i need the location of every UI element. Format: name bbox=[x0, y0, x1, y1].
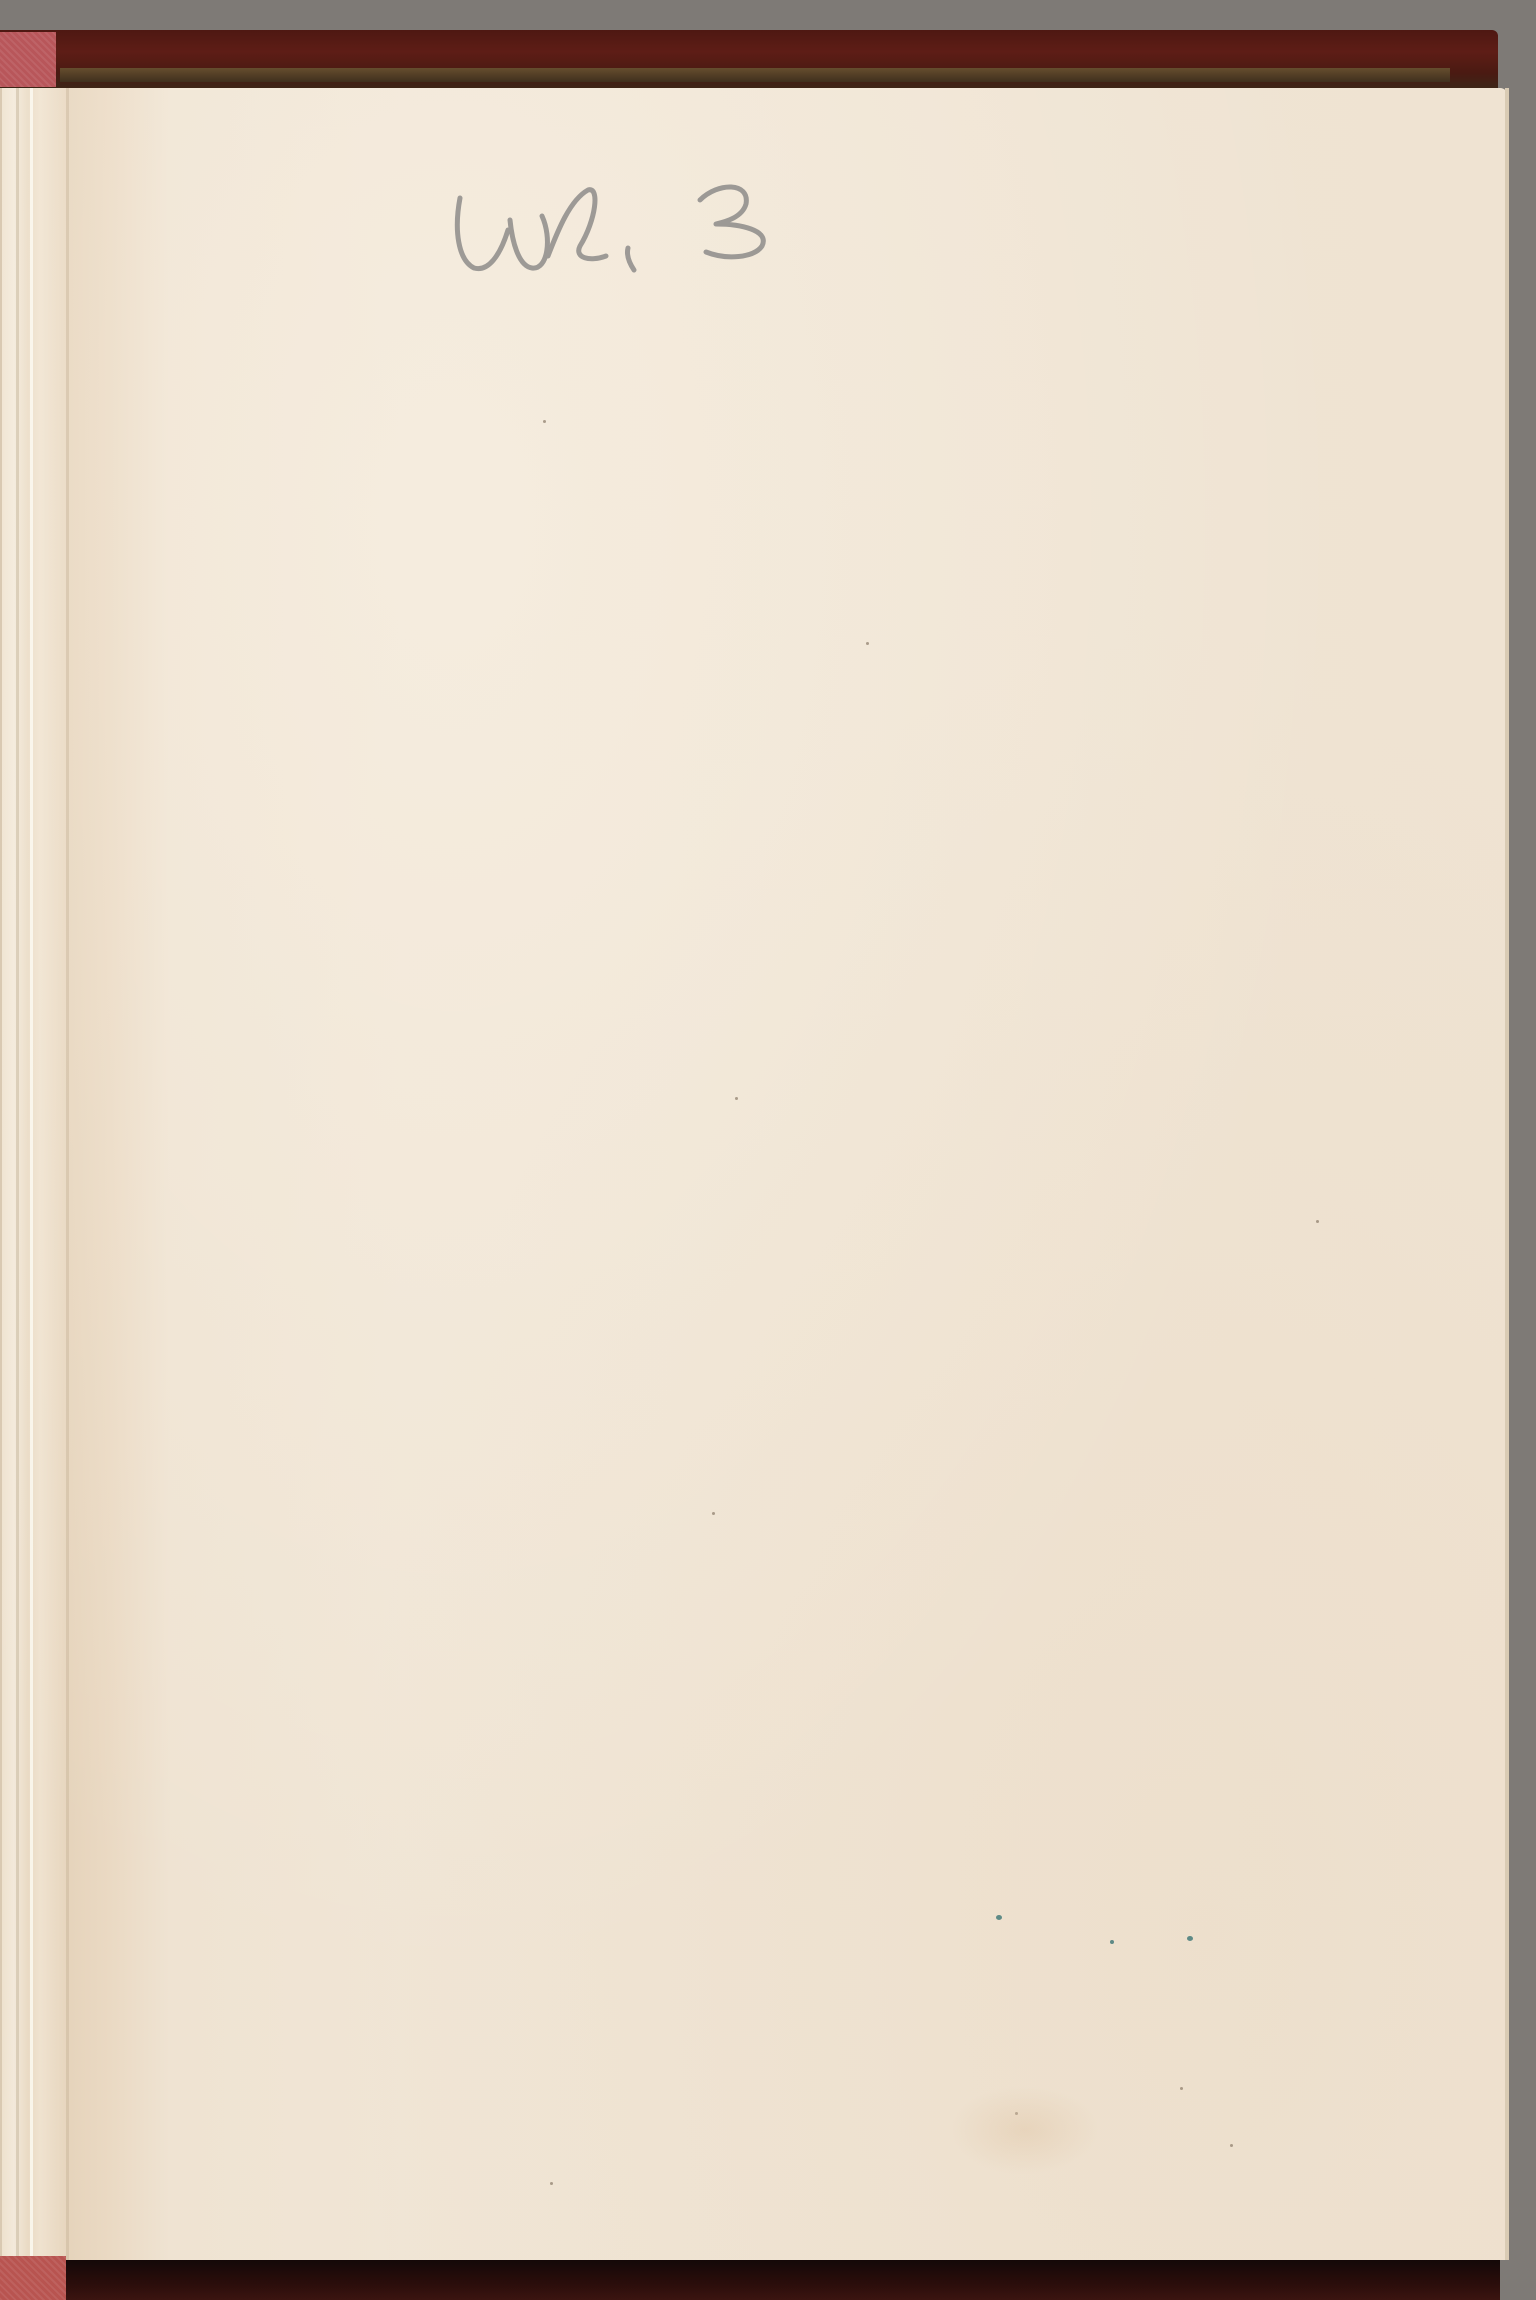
ink-dot bbox=[1110, 1940, 1114, 1944]
paper-speck bbox=[1316, 1220, 1319, 1223]
paper-speck bbox=[550, 2182, 553, 2185]
scanned-page: Vol. 3 bbox=[0, 0, 1536, 2300]
ink-dot bbox=[1187, 1936, 1193, 1941]
spine-hinge-crease bbox=[66, 88, 69, 2260]
paper-speck bbox=[866, 642, 869, 645]
spine-cloth-bottom bbox=[0, 2256, 66, 2300]
book-cover-bottom-edge bbox=[0, 2258, 1500, 2300]
ink-dot bbox=[996, 1915, 1002, 1920]
paper-speck bbox=[1230, 2144, 1233, 2147]
cover-headband bbox=[60, 68, 1450, 82]
book-cover-top-edge bbox=[0, 30, 1498, 92]
page-fore-edge bbox=[1505, 88, 1509, 2260]
spine-hinge-highlight bbox=[30, 88, 33, 2260]
paper-stain bbox=[950, 2085, 1100, 2175]
handwritten-volume-note: Vol. 3 bbox=[440, 160, 800, 290]
paper-speck bbox=[1180, 2087, 1183, 2090]
spine-hinge-fold bbox=[16, 88, 19, 2260]
pencil-handwriting-icon bbox=[440, 160, 800, 290]
spine-cloth-top bbox=[0, 32, 56, 87]
endpaper bbox=[0, 88, 1508, 2260]
paper-speck bbox=[543, 420, 546, 423]
paper-speck bbox=[712, 1512, 715, 1515]
paper-speck bbox=[735, 1097, 738, 1100]
